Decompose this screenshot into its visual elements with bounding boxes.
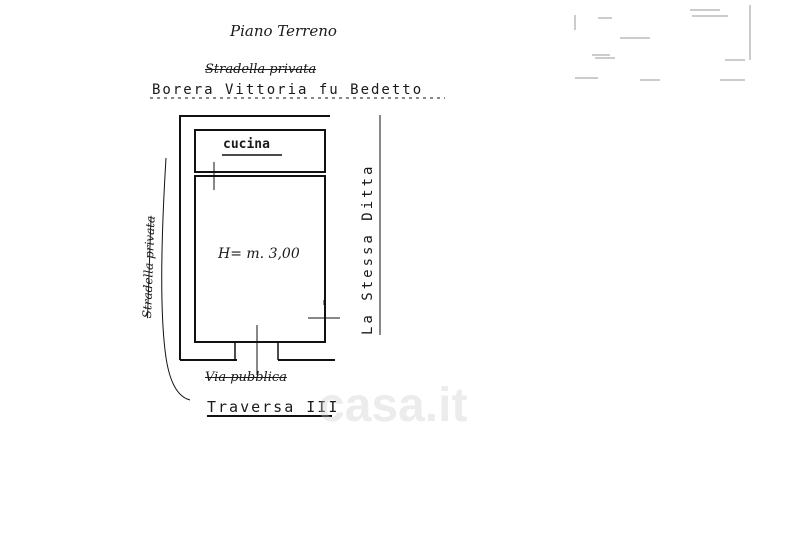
- north-neighbor-label: Borera Vittoria fu Bedetto: [152, 82, 423, 98]
- east-neighbor-label: La Stessa Ditta: [360, 164, 376, 335]
- kitchen-label: cucina: [223, 137, 270, 152]
- south-struck-label: Via pubblica: [205, 370, 287, 385]
- floor-title: Piano Terreno: [230, 22, 337, 40]
- north-struck-label: Stradella privata: [205, 62, 316, 77]
- watermark-logo: casa.it: [318, 378, 467, 433]
- ceiling-height-label: H= m. 3,00: [218, 246, 300, 262]
- plan-lines: [0, 0, 800, 533]
